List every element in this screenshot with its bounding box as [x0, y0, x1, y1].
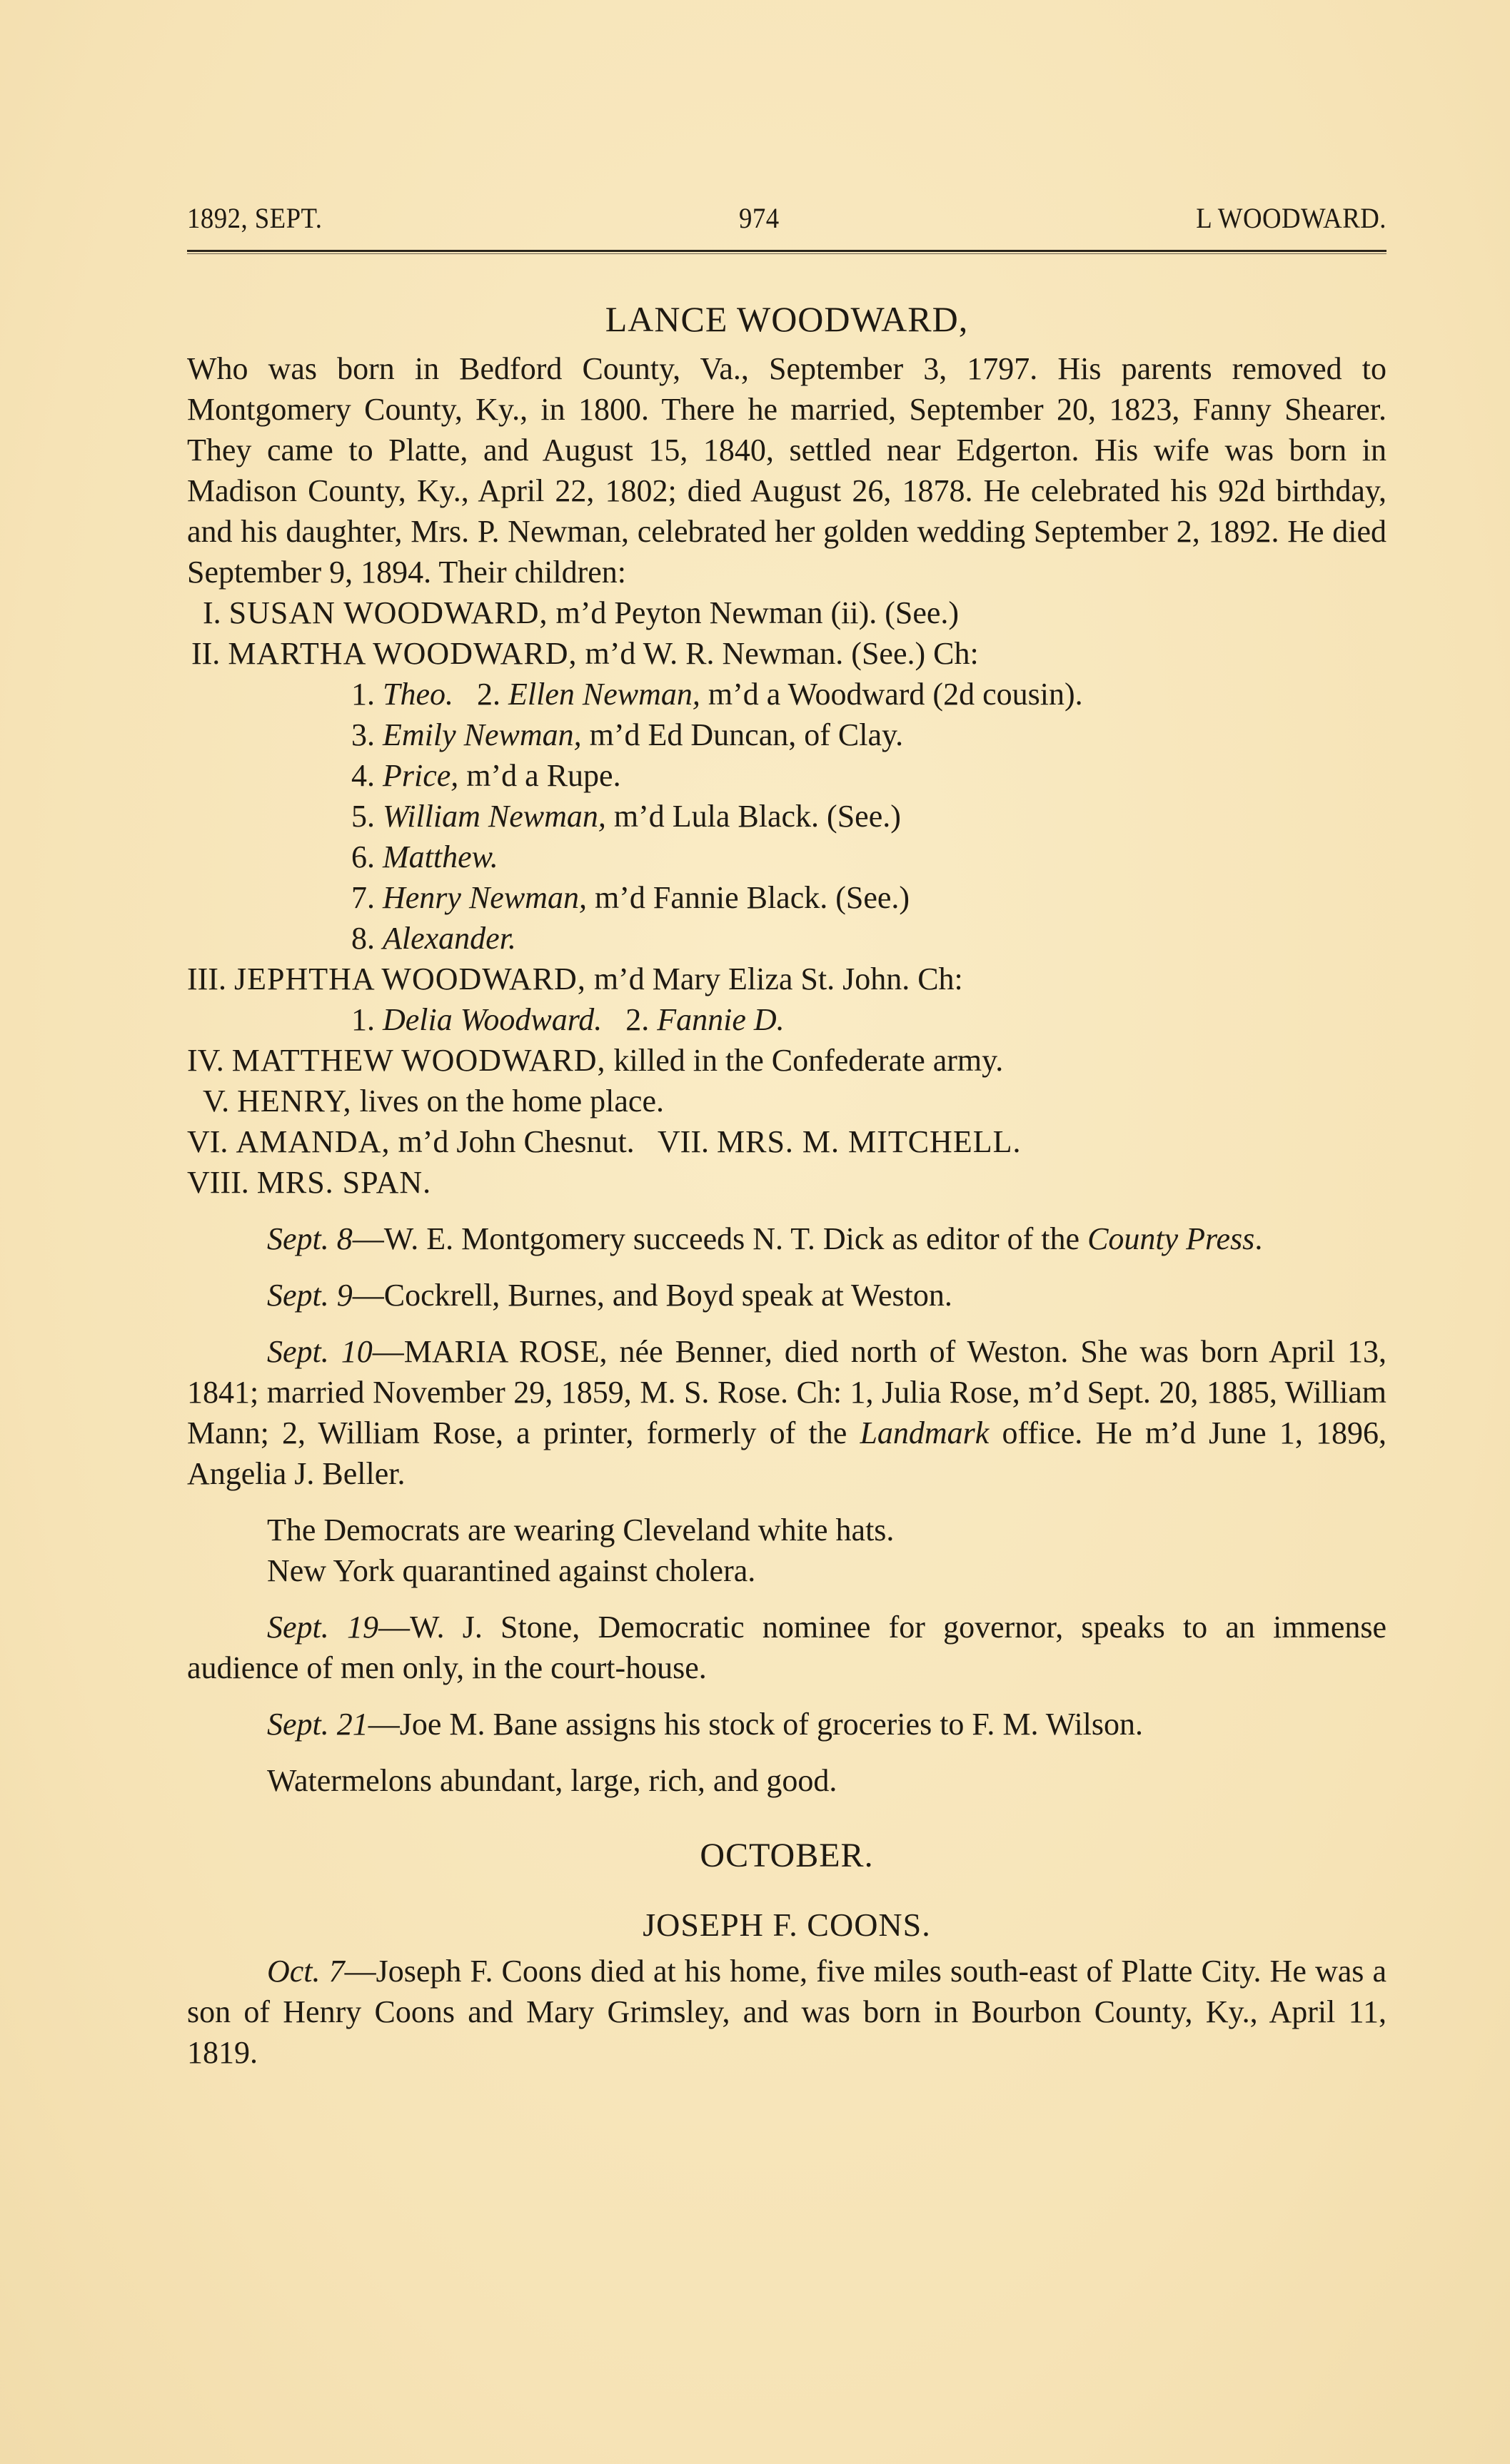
- child-number: I.: [203, 595, 221, 630]
- note-democrats: The Democrats are wearing Cleveland whit…: [187, 1510, 1386, 1550]
- entry-date: Sept. 10: [267, 1334, 373, 1369]
- child-name: HENRY,: [237, 1084, 351, 1119]
- child-number: VIII.: [187, 1165, 249, 1200]
- grandchild-entry: 7. Henry Newman, m’d Fannie Black. (See.…: [187, 877, 1386, 918]
- grandchild-entry: 6. Matthew.: [187, 837, 1386, 877]
- note-watermelons: Watermelons abundant, large, rich, and g…: [187, 1760, 1386, 1801]
- entry-sept-8: Sept. 8—W. E. Montgomery succeeds N. T. …: [187, 1218, 1386, 1259]
- child-name: MATTHEW WOODWARD,: [232, 1043, 606, 1078]
- child-name: SUSAN WOODWARD,: [229, 595, 548, 630]
- month-heading: OCTOBER.: [187, 1835, 1386, 1876]
- entry-date: Sept. 8: [267, 1221, 353, 1256]
- header-rule: [187, 250, 1386, 254]
- section-title: LANCE WOODWARD,: [187, 298, 1386, 340]
- grandchild-entry: 8. Alexander.: [187, 918, 1386, 959]
- running-head: 1892, SEPT. 974 L WOODWARD.: [187, 201, 1386, 235]
- child-entry: III. JEPHTHA WOODWARD, m’d Mary Eliza St…: [187, 959, 1386, 999]
- child-name: MRS. M. MITCHELL.: [717, 1124, 1021, 1159]
- child-number: VI.: [187, 1124, 228, 1159]
- obituary-heading: JOSEPH F. COONS.: [187, 1904, 1386, 1945]
- entry-sept-19: Sept. 19—W. J. Stone, Democratic nominee…: [187, 1607, 1386, 1688]
- entry-date: Sept. 21: [267, 1707, 368, 1742]
- grandchild-entry: 1. Theo. 2. Ellen Newman, m’d a Woodward…: [187, 674, 1386, 715]
- running-head-date: 1892, SEPT.: [187, 201, 322, 235]
- child-entry: VIII. MRS. SPAN.: [187, 1162, 1386, 1203]
- child-name: MARTHA WOODWARD,: [228, 636, 577, 671]
- entry-sept-9: Sept. 9—Cockrell, Burnes, and Boyd speak…: [187, 1275, 1386, 1316]
- page-body: Who was born in Bedford County, Va., Sep…: [187, 348, 1386, 2073]
- entry-sept-21: Sept. 21—Joe M. Bane assigns his stock o…: [187, 1704, 1386, 1745]
- grandchild-entry: 3. Emily Newman, m’d Ed Duncan, of Clay.: [187, 715, 1386, 755]
- child-number: IV.: [187, 1043, 224, 1078]
- child-entry: VI. AMANDA, m’d John Chesnut. VII. MRS. …: [187, 1121, 1386, 1162]
- grandchild-entry: 1. Delia Woodward. 2. Fannie D.: [187, 999, 1386, 1040]
- child-number: III.: [187, 961, 226, 996]
- page-number: 974: [739, 201, 780, 235]
- child-name: JEPHTHA WOODWARD,: [234, 961, 586, 996]
- child-name: MRS. SPAN.: [257, 1165, 431, 1200]
- child-entry: I. SUSAN WOODWARD, m’d Peyton Newman (ii…: [187, 592, 1386, 633]
- grandchild-entry: 4. Price, m’d a Rupe.: [187, 755, 1386, 796]
- entry-sept-10: Sept. 10—MARIA ROSE, née Benner, died no…: [187, 1331, 1386, 1494]
- biography-paragraph: Who was born in Bedford County, Va., Sep…: [187, 348, 1386, 592]
- child-name: AMANDA,: [236, 1124, 390, 1159]
- grandchild-entry: 5. William Newman, m’d Lula Black. (See.…: [187, 796, 1386, 837]
- entry-date: Sept. 19: [267, 1610, 378, 1645]
- entry-oct-7: Oct. 7—Joseph F. Coons died at his home,…: [187, 1951, 1386, 2073]
- child-number: II.: [191, 636, 220, 671]
- child-entry: IV. MATTHEW WOODWARD, killed in the Conf…: [187, 1040, 1386, 1081]
- child-entry: V. HENRY, lives on the home place.: [187, 1081, 1386, 1121]
- child-entry: II. MARTHA WOODWARD, m’d W. R. Newman. (…: [187, 633, 1386, 674]
- child-number: V.: [203, 1084, 229, 1119]
- running-head-subject: L WOODWARD.: [1196, 201, 1386, 235]
- note-cholera: New York quarantined against cholera.: [187, 1550, 1386, 1591]
- child-number: VII.: [658, 1124, 709, 1159]
- entry-date: Oct. 7: [267, 1954, 345, 1989]
- entry-date: Sept. 9: [267, 1278, 353, 1313]
